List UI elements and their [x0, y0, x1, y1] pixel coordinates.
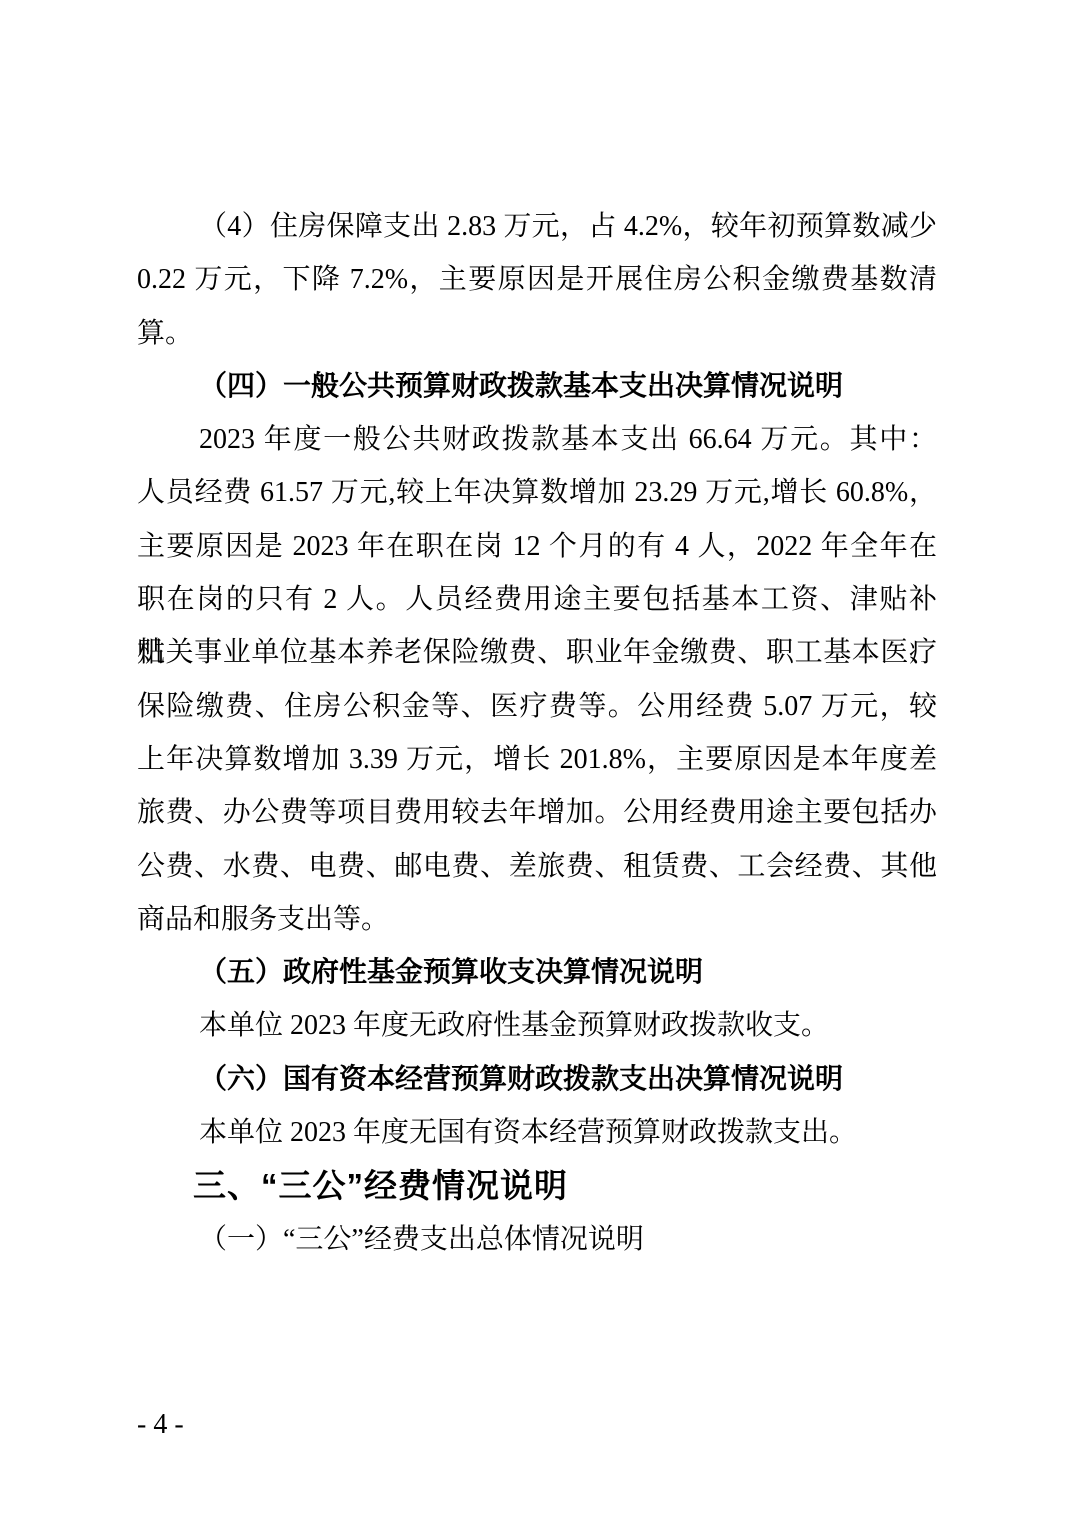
subheading-three-public-overall: （一）“三公”经费支出总体情况说明: [137, 1213, 937, 1266]
text-line: 人员经费 61.57 万元,较上年决算数增加 23.29 万元,增长 60.8%…: [137, 466, 937, 519]
paragraph-state-capital: 本单位 2023 年度无国有资本经营预算财政拨款支出。: [137, 1106, 937, 1159]
text-line: 旅费、办公费等项目费用较去年增加。公用经费用途主要包括办: [137, 786, 937, 839]
text-line: 机关事业单位基本养老保险缴费、职业年金缴费、职工基本医疗: [137, 626, 937, 679]
section-heading-4: （四）一般公共预算财政拨款基本支出决算情况说明: [137, 360, 937, 413]
page-number: - 4 -: [137, 1402, 184, 1448]
section-heading-three-public: 三、“三公”经费情况说明: [137, 1159, 937, 1212]
text-line: 商品和服务支出等。: [137, 893, 937, 946]
text-line: （4）住房保障支出 2.83 万元，占 4.2%，较年初预算数减少: [137, 200, 937, 253]
document-body: （4）住房保障支出 2.83 万元，占 4.2%，较年初预算数减少 0.22 万…: [137, 200, 937, 1266]
section-heading-6: （六）国有资本经营预算财政拨款支出决算情况说明: [137, 1053, 937, 1106]
text-line: 主要原因是 2023 年在职在岗 12 个月的有 4 人，2022 年全年在: [137, 520, 937, 573]
text-line: 公费、水费、电费、邮电费、差旅费、租赁费、工会经费、其他: [137, 840, 937, 893]
text-line: 0.22 万元，下降 7.2%，主要原因是开展住房公积金缴费基数清: [137, 253, 937, 306]
document-page: （4）住房保障支出 2.83 万元，占 4.2%，较年初预算数减少 0.22 万…: [0, 0, 1074, 1520]
paragraph-housing-support: （4）住房保障支出 2.83 万元，占 4.2%，较年初预算数减少 0.22 万…: [137, 200, 937, 360]
paragraph-basic-expenditure: 2023 年度一般公共财政拨款基本支出 66.64 万元。其中： 人员经费 61…: [137, 413, 937, 946]
text-line: 2023 年度一般公共财政拨款基本支出 66.64 万元。其中：: [137, 413, 937, 466]
paragraph-gov-fund: 本单位 2023 年度无政府性基金预算财政拨款收支。: [137, 999, 937, 1052]
text-line: 上年决算数增加 3.39 万元，增长 201.8%，主要原因是本年度差: [137, 733, 937, 786]
section-heading-5: （五）政府性基金预算收支决算情况说明: [137, 946, 937, 999]
text-line: 算。: [137, 307, 937, 360]
text-line: 保险缴费、住房公积金等、医疗费等。公用经费 5.07 万元，较: [137, 680, 937, 733]
text-line: 职在岗的只有 2 人。人员经费用途主要包括基本工资、津贴补贴、: [137, 573, 937, 626]
